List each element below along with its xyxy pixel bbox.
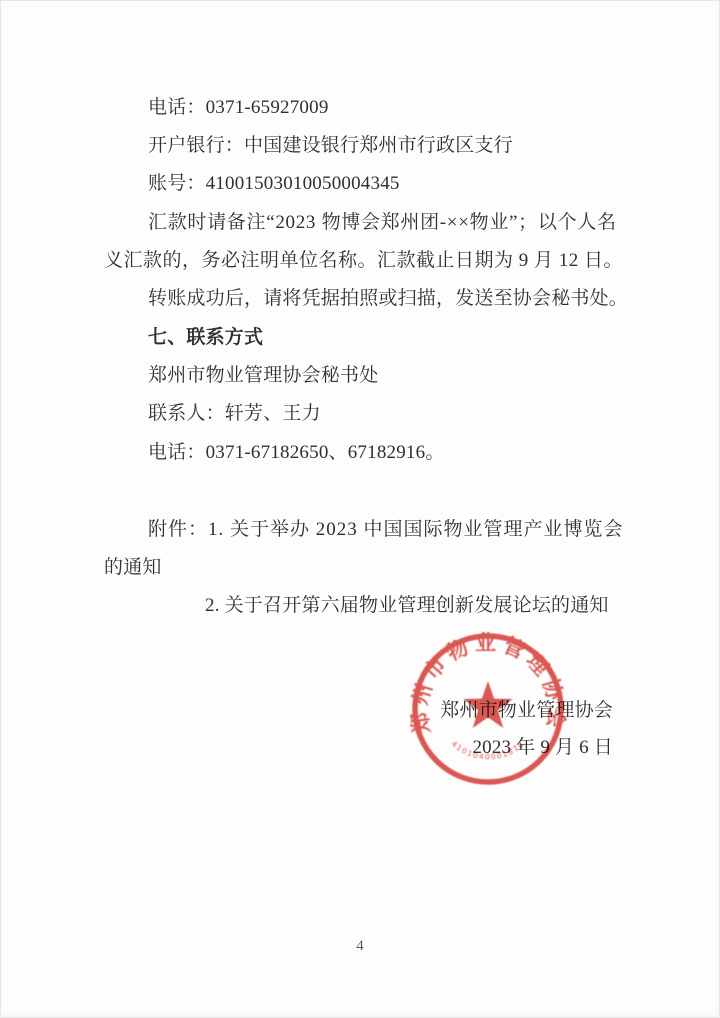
bank-phone-line: 电话：0371-65927009 bbox=[148, 96, 329, 119]
page-number: 4 bbox=[0, 938, 720, 955]
contact-section-heading: 七、联系方式 bbox=[148, 326, 263, 349]
transfer-instruction-line: 转账成功后，请将凭据拍照或扫描，发送至协会秘书处。 bbox=[148, 287, 628, 310]
contact-person-line: 联系人：轩芳、王力 bbox=[148, 402, 321, 425]
bank-line: 开户银行：中国建设银行郑州市行政区支行 bbox=[148, 134, 513, 157]
account-line: 账号：41001503010050004345 bbox=[148, 172, 400, 195]
secretariat-line: 郑州市物业管理协会秘书处 bbox=[148, 364, 378, 387]
attachment-line-3: 2. 关于召开第六届物业管理创新发展论坛的通知 bbox=[205, 594, 609, 617]
signature-org: 郑州市物业管理协会 bbox=[440, 699, 613, 722]
document-page: 电话：0371-65927009 开户银行：中国建设银行郑州市行政区支行 账号：… bbox=[0, 0, 720, 1018]
remittance-note-line-1: 汇款时请备注“2023 物博会郑州团-××物业”；以个人名 bbox=[148, 211, 617, 234]
contact-phone-line: 电话：0371-67182650、67182916。 bbox=[148, 441, 445, 464]
attachment-line-2: 的通知 bbox=[104, 556, 162, 579]
signature-date: 2023 年 9 月 6 日 bbox=[472, 736, 613, 759]
remittance-note-line-2: 义汇款的，务必注明单位名称。汇款截止日期为 9 月 12 日。 bbox=[104, 249, 623, 272]
attachment-line-1: 附件：1. 关于举办 2023 中国国际物业管理产业博览会 bbox=[148, 518, 624, 541]
